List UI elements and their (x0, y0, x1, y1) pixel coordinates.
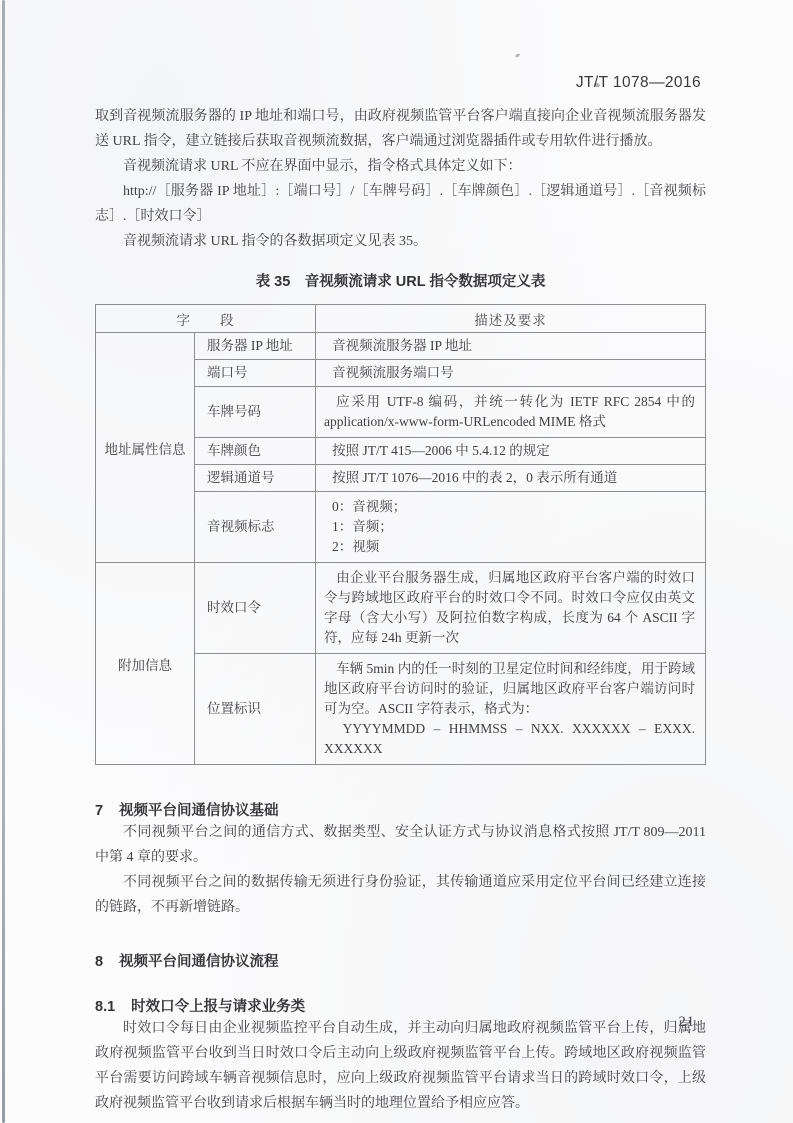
url-format-line: http://［服务器 IP 地址］:［端口号］/［车牌号码］.［车牌颜色］.［… (95, 179, 706, 229)
section-title: 视频平台间通信协议基础 (119, 803, 279, 819)
paragraph: 不同视频平台之间的通信方式、数据类型、安全认证方式与协议消息格式按照 JT/T … (95, 820, 706, 870)
document-page: JT/T 1078—2016 取到音视频流服务器的 IP 地址和端口号，由政府视… (0, 0, 793, 1123)
paragraph-continuation: 取到音视频流服务器的 IP 地址和端口号，由政府视频监管平台客户端直接向企业音视… (95, 104, 706, 154)
table-35: 字 段 描述及要求 地址属性信息 服务器 IP 地址 音视频流服务器 IP 地址… (95, 304, 706, 765)
page-content: 取到音视频流服务器的 IP 地址和端口号，由政府视频监管平台客户端直接向企业音视… (95, 104, 706, 1116)
field-cell: 时效口令 (195, 563, 316, 654)
desc-cell: 由企业平台服务器生成，归属地区政府平台客户端的时效口令与跨域地区政府平台的时效口… (316, 563, 706, 654)
scan-edge-artifact (2, 0, 5, 1123)
section-number: 8.1 (95, 999, 115, 1015)
field-cell: 音视频标志 (195, 492, 316, 563)
field-cell: 位置标识 (195, 654, 316, 765)
desc-cell: 音视频流服务器 IP 地址 (316, 333, 706, 360)
section-title: 时效口令上报与请求业务类 (131, 999, 305, 1015)
desc-cell: 应采用 UTF-8 编码，并统一转化为 IETF RFC 2854 中的 app… (316, 387, 706, 438)
section-8-1-heading: 8.1时效口令上报与请求业务类 (95, 995, 706, 1016)
table-header-row: 字 段 描述及要求 (96, 305, 706, 333)
paragraph: 音视频流请求 URL 指令的各数据项定义见表 35。 (95, 229, 706, 254)
section-title: 视频平台间通信协议流程 (119, 954, 279, 970)
group-cell-additional-info: 附加信息 (96, 563, 195, 765)
paragraph: 时效口令每日由企业视频监控平台自动生成，并主动向归属地政府视频监管平台上传，归属… (95, 1016, 706, 1116)
column-header-desc: 描述及要求 (316, 305, 706, 333)
desc-cell: 音视频流服务端口号 (316, 360, 706, 387)
desc-cell: 车辆 5min 内的任一时刻的卫星定位时间和经纬度，用于跨域地区政府平台访问时的… (316, 654, 706, 765)
section-number: 7 (95, 803, 103, 819)
desc-cell: 0：音视频； 1：音频； 2：视频 (316, 492, 706, 563)
scan-speck (515, 53, 521, 58)
section-8-heading: 8视频平台间通信协议流程 (95, 950, 706, 971)
section-number: 8 (95, 954, 103, 970)
paragraph: 音视频流请求 URL 不应在界面中显示，指令格式具体定义如下： (95, 154, 706, 179)
paragraph: 不同视频平台之间的数据传输无须进行身份验证，其传输通道应采用定位平台间已经建立连… (95, 870, 706, 920)
doc-number: JT/T 1078—2016 (576, 74, 701, 92)
field-cell: 车牌颜色 (195, 438, 316, 465)
field-cell: 车牌号码 (195, 387, 316, 438)
section-7-heading: 7视频平台间通信协议基础 (95, 799, 706, 820)
field-cell: 端口号 (195, 360, 316, 387)
desc-cell: 按照 JT/T 1076—2016 中的表 2，0 表示所有通道 (316, 465, 706, 492)
table-row: 附加信息 时效口令 由企业平台服务器生成，归属地区政府平台客户端的时效口令与跨域… (96, 563, 706, 654)
table-row: 地址属性信息 服务器 IP 地址 音视频流服务器 IP 地址 (96, 333, 706, 360)
field-cell: 逻辑通道号 (195, 465, 316, 492)
field-cell: 服务器 IP 地址 (195, 333, 316, 360)
table-title: 表 35 音视频流请求 URL 指令数据项定义表 (95, 270, 706, 291)
desc-cell: 按照 JT/T 415—2006 中 5.4.12 的规定 (316, 438, 706, 465)
column-header-field: 字 段 (96, 305, 316, 333)
page-number: 21 (679, 1014, 696, 1031)
group-cell-address-info: 地址属性信息 (96, 333, 195, 563)
